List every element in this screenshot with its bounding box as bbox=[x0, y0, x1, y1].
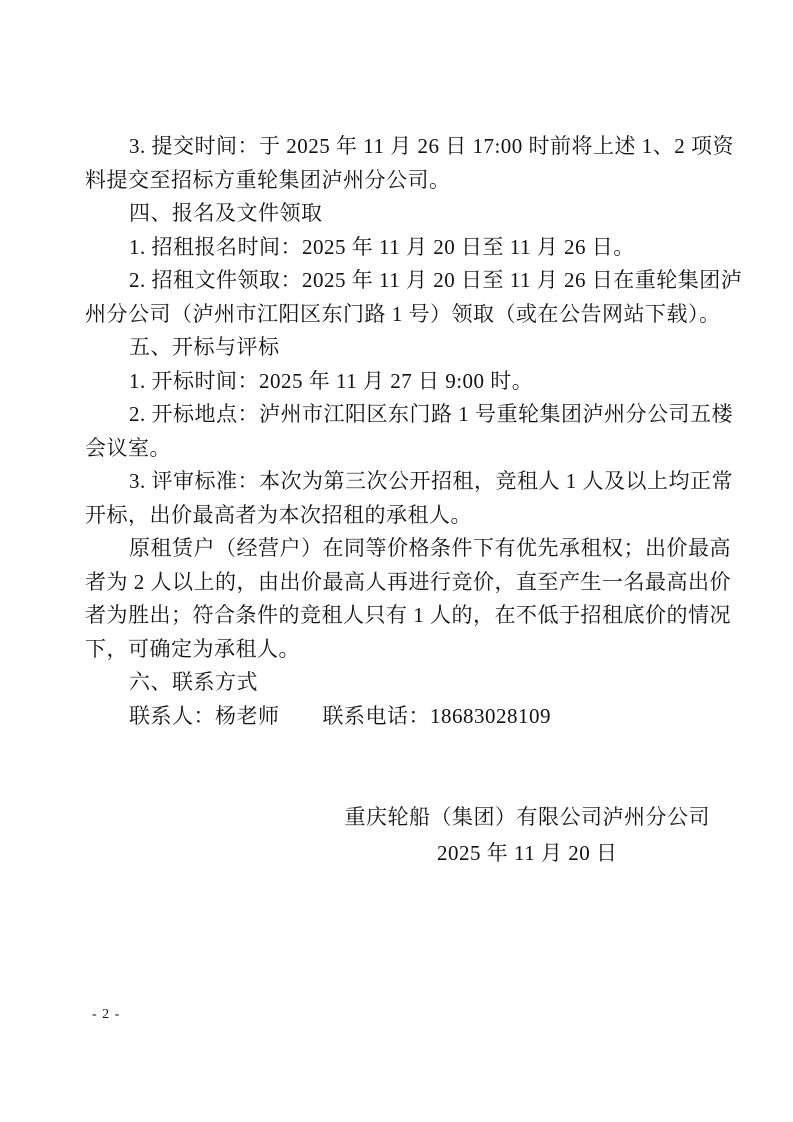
heading-section-6: 六、联系方式 bbox=[85, 666, 710, 700]
text-line-submission-time-cont: 料提交至招标方重轮集团泸州分公司。 bbox=[85, 164, 710, 198]
text-line-priority-rule-cont1: 者为 2 人以上的，由出价最高人再进行竞价，直至产生一名最高出价 bbox=[85, 566, 710, 600]
heading-section-4: 四、报名及文件领取 bbox=[85, 197, 710, 231]
signature-inner: 重庆轮船（集团）有限公司泸州分公司 2025 年 11 月 20 日 bbox=[345, 799, 711, 871]
text-line-signup-time: 1. 招租报名时间：2025 年 11 月 20 日至 11 月 26 日。 bbox=[85, 231, 710, 265]
text-line-document-pickup: 2. 招租文件领取：2025 年 11 月 20 日至 11 月 26 日在重轮… bbox=[85, 264, 710, 298]
text-line-document-pickup-cont: 州分公司（泸州市江阳区东门路 1 号）领取（或在公告网站下载）。 bbox=[85, 298, 710, 332]
signature-company-name: 重庆轮船（集团）有限公司泸州分公司 bbox=[345, 799, 711, 835]
signature-date: 2025 年 11 月 20 日 bbox=[345, 835, 711, 871]
heading-section-5: 五、开标与评标 bbox=[85, 331, 710, 365]
page-number: - 2 - bbox=[92, 1006, 120, 1024]
document-body: 3. 提交时间：于 2025 年 11 月 26 日 17:00 时前将上述 1… bbox=[85, 130, 710, 871]
text-line-bid-opening-place: 2. 开标地点：泸州市江阳区东门路 1 号重轮集团泸州分公司五楼 bbox=[85, 398, 710, 432]
text-line-bid-opening-place-cont: 会议室。 bbox=[85, 432, 710, 466]
text-line-contact-info: 联系人：杨老师 联系电话：18683028109 bbox=[85, 700, 710, 734]
text-line-priority-rule: 原租赁户（经营户）在同等价格条件下有优先承租权；出价最高 bbox=[85, 532, 710, 566]
document-page: 3. 提交时间：于 2025 年 11 月 26 日 17:00 时前将上述 1… bbox=[0, 0, 793, 1122]
signature-block: 重庆轮船（集团）有限公司泸州分公司 2025 年 11 月 20 日 bbox=[85, 799, 710, 871]
text-line-review-criteria-cont: 开标，出价最高者为本次招租的承租人。 bbox=[85, 499, 710, 533]
text-line-submission-time: 3. 提交时间：于 2025 年 11 月 26 日 17:00 时前将上述 1… bbox=[85, 130, 710, 164]
text-line-priority-rule-cont3: 下，可确定为承租人。 bbox=[85, 633, 710, 667]
text-line-review-criteria: 3. 评审标准：本次为第三次公开招租，竞租人 1 人及以上均正常 bbox=[85, 465, 710, 499]
text-line-priority-rule-cont2: 者为胜出；符合条件的竞租人只有 1 人的，在不低于招租底价的情况 bbox=[85, 599, 710, 633]
text-line-bid-opening-time: 1. 开标时间：2025 年 11 月 27 日 9:00 时。 bbox=[85, 365, 710, 399]
